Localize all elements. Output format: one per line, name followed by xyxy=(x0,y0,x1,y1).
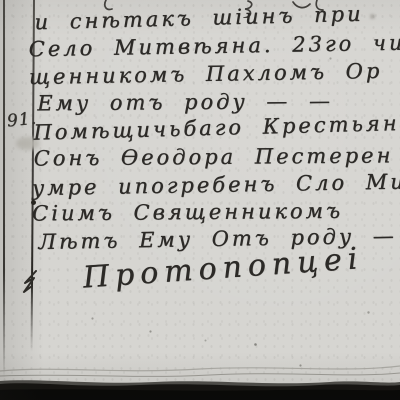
text-line: умре ипогребенъ Сло Ми xyxy=(32,172,400,200)
handwritten-text-block: и снѣтакъ шіинъ при Село Митвѣяна. 23го … xyxy=(0,0,400,400)
text-line: Село Митвѣяна. 23го чис xyxy=(29,32,400,60)
manuscript-scan: 91. и снѣтакъ шіинъ при Село Митвѣяна. 2… xyxy=(0,0,400,400)
margin-flourish xyxy=(20,270,44,296)
text-line: Сіимъ Священникомъ xyxy=(32,201,343,225)
text-line: Помѣщичьбаго Крестьян xyxy=(33,113,400,144)
text-line: щенникомъ Пахломъ Ор xyxy=(29,61,383,88)
text-line: Сонъ Ѳеодора Пестерен xyxy=(34,145,394,169)
text-line: Ему отъ роду — — xyxy=(37,91,333,115)
paper-specks xyxy=(0,0,1,1)
text-line: и снѣтакъ шіинъ при xyxy=(34,4,364,34)
torn-bottom-edge xyxy=(0,355,400,400)
